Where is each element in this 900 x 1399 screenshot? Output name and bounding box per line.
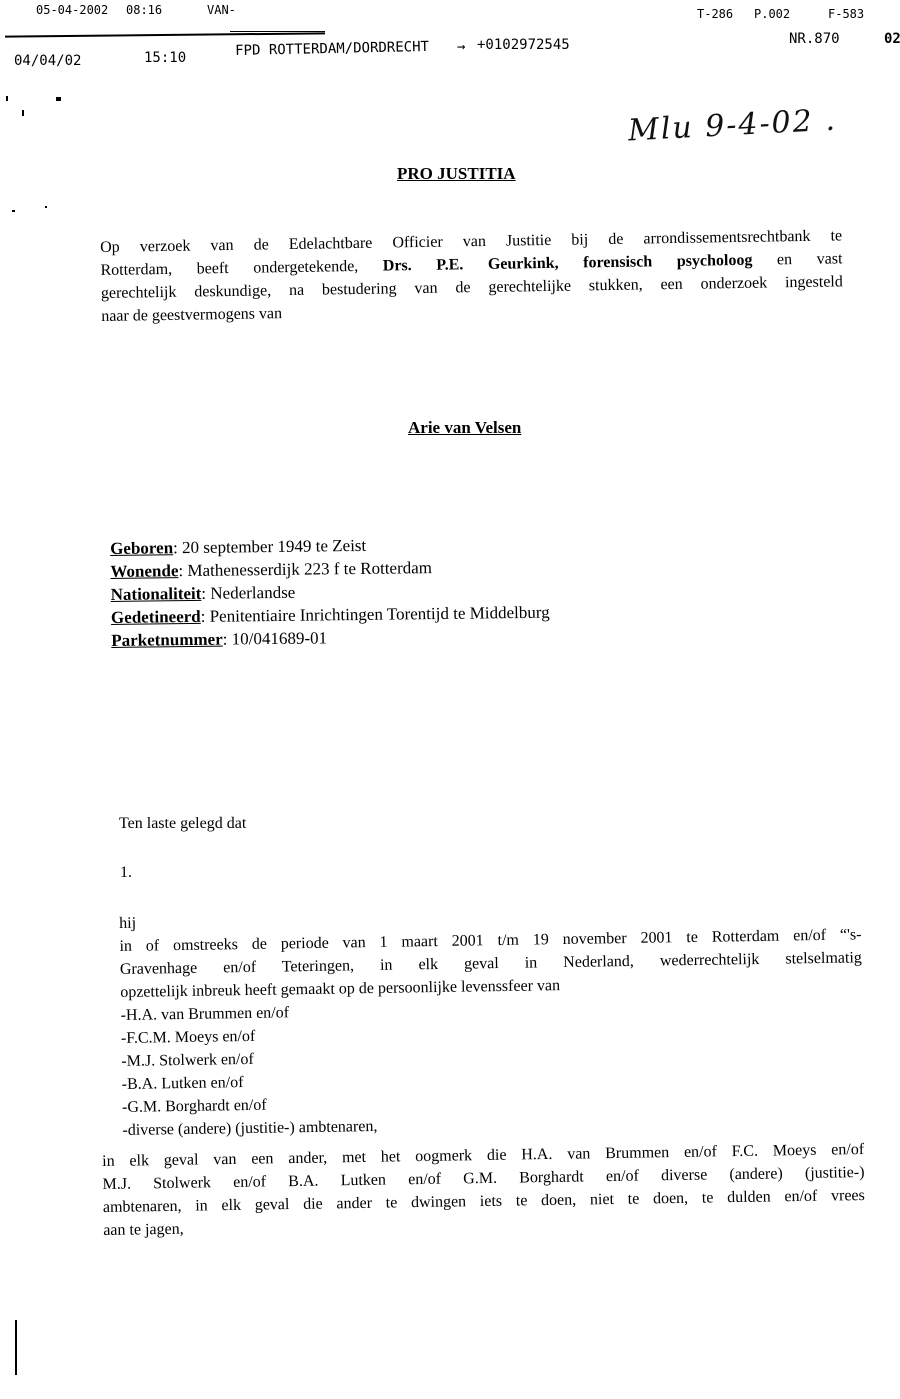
sender-date: 04/04/02 [14, 53, 81, 69]
closing-paragraph: in elk geval van een ander, met het oogm… [102, 1138, 865, 1242]
fax-header-rule [5, 32, 325, 37]
sender-name: FPD ROTTERDAM/DORDRECHT [235, 39, 429, 59]
charge-heading: Ten laste gelegd dat [119, 815, 246, 833]
scan-speck [45, 206, 47, 208]
scan-speck [56, 97, 61, 101]
scan-speck [12, 210, 15, 212]
fax-time: 08:16 [126, 3, 162, 17]
charge-text: hij in of omstreeks de periode van 1 maa… [119, 900, 865, 1142]
arrow-icon: → [457, 39, 465, 55]
recipient-number: +0102972545 [477, 37, 570, 53]
handwritten-note: Mlu 9-4-02 . [627, 103, 837, 149]
fax-page: P.002 [754, 7, 790, 21]
scan-speck [22, 110, 24, 116]
fax-transmission-id: T-286 [697, 7, 733, 21]
sender-time: 15:10 [144, 50, 186, 66]
fax-from: VAN- [207, 3, 236, 17]
personal-details: Geboren: 20 september 1949 te Zeist Wone… [110, 532, 550, 652]
expert-name: Drs. P.E. Geurkink, forensisch psycholoo… [383, 252, 753, 275]
document-title: PRO JUSTITIA [397, 164, 516, 184]
intro-paragraph: Op verzoek van de Edelachtbare Officier … [100, 224, 843, 328]
margin-mark [15, 1320, 17, 1375]
fax-date: 05-04-2002 [36, 3, 108, 17]
detail-row-parketnummer: Parketnummer: 10/041689-01 [111, 624, 550, 652]
subject-name: Arie van Velsen [408, 418, 521, 438]
fax-header-rule-thin [230, 31, 325, 32]
fax-page-number: 02 [884, 31, 900, 47]
charge-number: 1. [120, 864, 132, 882]
person-list: -H.A. van Brummen en/of -F.C.M. Moeys en… [120, 992, 864, 1142]
scan-speck [6, 96, 8, 101]
fax-nr: NR.870 [789, 31, 840, 47]
fax-form-id: F-583 [828, 7, 864, 21]
